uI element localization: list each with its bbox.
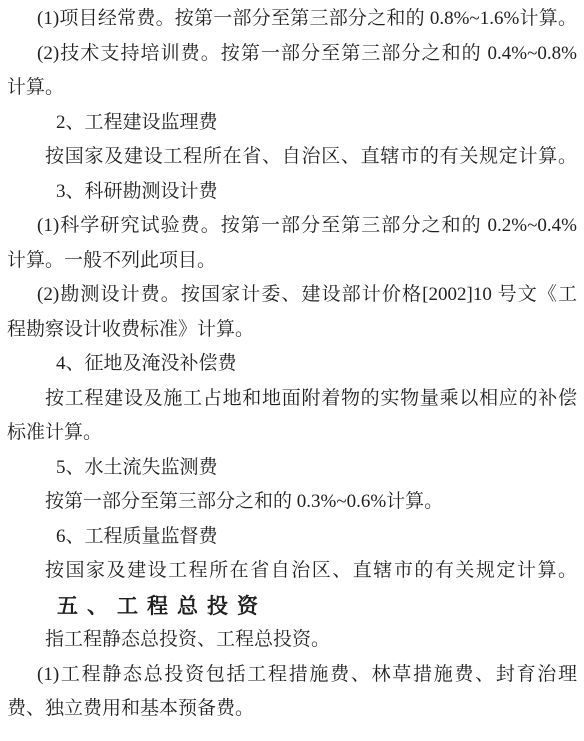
doc-line-continuation: 程勘察设计收费标准》计算。	[0, 313, 584, 348]
doc-line-quality-rule: 按国家及建设工程所在省自治区、直辖市的有关规定计算。	[0, 554, 584, 589]
doc-line-monitoring-rule: 按第一部分至第三部分之和的 0.3%~0.6%计算。	[0, 485, 584, 520]
doc-line-continuation: 计算。一般不列此项目。	[0, 244, 584, 279]
doc-line-compensation-rule: 按工程建设及施工占地和地面附着物的实物量乘以相应的补偿	[0, 382, 584, 417]
doc-line-continuation: 费、独立费用和基本预备费。	[0, 692, 584, 727]
doc-line-tech-support-training: (2)技术支持培训费。按第一部分至第三部分之和的 0.4%~0.8%	[0, 37, 584, 72]
doc-line-item6-quality-fee: 6、工程质量监督费	[0, 520, 584, 555]
doc-line-project-regular-fee: (1)项目经常费。按第一部分至第三部分之和的 0.8%~1.6%计算。	[0, 2, 584, 37]
doc-line-static-investment: (1)工程静态总投资包括工程措施费、林草措施费、封育治理	[0, 658, 584, 693]
doc-line-item5-soil-monitoring: 5、水土流失监测费	[0, 451, 584, 486]
doc-line-research-test-fee: (1)科学研究试验费。按第一部分至第三部分之和的 0.2%~0.4%	[0, 209, 584, 244]
doc-line-survey-design-fee: (2)勘测设计费。按国家计委、建设部计价格[2002]10 号文《工	[0, 278, 584, 313]
doc-line-continuation: 标准计算。	[0, 416, 584, 451]
document-page: (1)项目经常费。按第一部分至第三部分之和的 0.8%~1.6%计算。 (2)技…	[0, 0, 584, 741]
section-heading-total-investment: 五、工程总投资	[0, 589, 584, 624]
doc-line-item2-supervision-fee: 2、工程建设监理费	[0, 106, 584, 141]
doc-line-supervision-rule: 按国家及建设工程所在省、自治区、直辖市的有关规定计算。	[0, 140, 584, 175]
doc-line-continuation: 计算。	[0, 71, 584, 106]
doc-line-total-investment-def: 指工程静态总投资、工程总投资。	[0, 623, 584, 658]
doc-line-item3-survey-design-fee: 3、科研勘测设计费	[0, 175, 584, 210]
doc-line-item4-land-compensation: 4、征地及淹没补偿费	[0, 347, 584, 382]
